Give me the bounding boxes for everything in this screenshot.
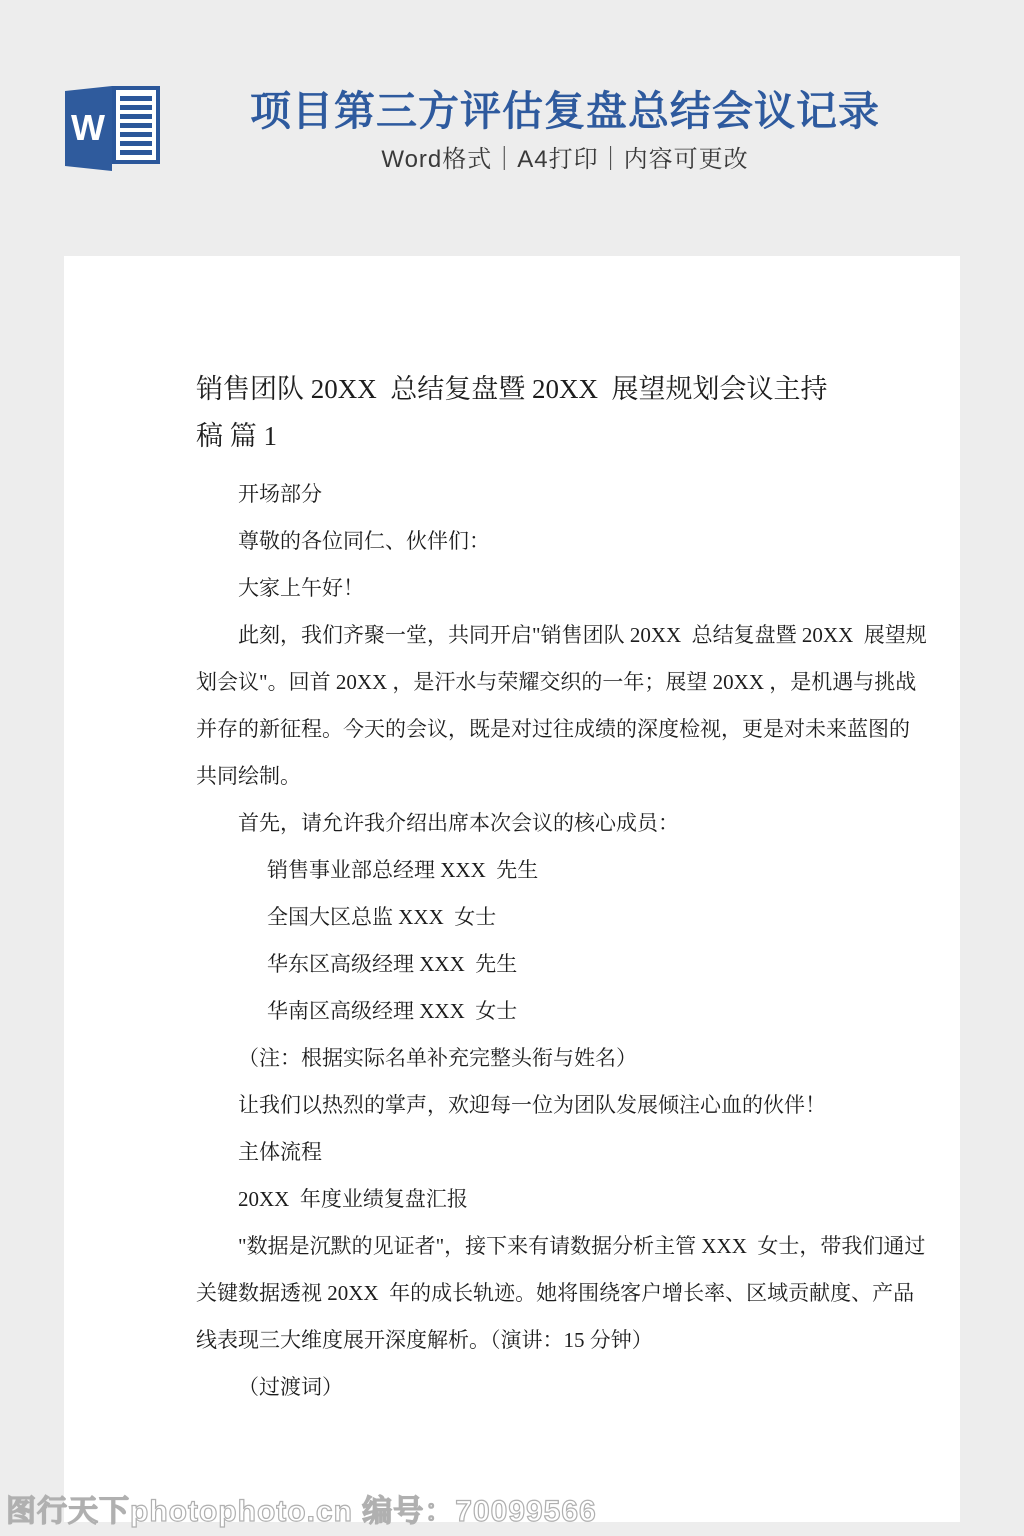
template-preview: W 项目第三方评估复盘总结会议记录 Word格式｜A4打印｜内容可更改 销售团队… [0,0,1024,1536]
document-page: 销售团队 20XX 总结复盘暨 20XX 展望规划会议主持稿 篇 1 开场部分尊… [64,256,960,1522]
doc-line: 让我们以热烈的掌声，欢迎每一位为团队发展倾注心血的伙伴！ [196,1082,900,1129]
doc-line: 首先，请允许我介绍出席本次会议的核心成员： [196,800,900,847]
doc-line: 共同绘制。 [196,753,900,800]
document-title-block: 销售团队 20XX 总结复盘暨 20XX 展望规划会议主持稿 篇 1 [196,366,900,460]
doc-title-line: 销售团队 20XX 总结复盘暨 20XX 展望规划会议主持 [196,366,900,413]
doc-line: 全国大区总监 XXX 女士 [196,894,900,941]
doc-line: 此刻，我们齐聚一堂，共同开启"销售团队 20XX 总结复盘暨 20XX 展望规 [196,612,900,659]
doc-line: （注：根据实际名单补充完整头衔与姓名） [196,1035,900,1082]
doc-line: 20XX 年度业绩复盘汇报 [196,1176,900,1223]
watermark-text: 图行天下photophoto.cn 编号：70099566 [6,1486,597,1530]
doc-line: 开场部分 [196,471,900,518]
doc-line: "数据是沉默的见证者"，接下来有请数据分析主管 XXX 女士，带我们通过 [196,1223,900,1270]
doc-line: 华南区高级经理 XXX 女士 [196,988,900,1035]
document-body-block: 开场部分尊敬的各位同仁、伙伴们：大家上午好！此刻，我们齐聚一堂，共同开启"销售团… [196,471,900,1411]
doc-line: 线表现三大维度展开深度解析。（演讲：15 分钟） [196,1317,900,1364]
doc-line: 划会议"。回首 20XX ，是汗水与荣耀交织的一年；展望 20XX ，是机遇与挑… [196,659,900,706]
header-text-block: 项目第三方评估复盘总结会议记录 Word格式｜A4打印｜内容可更改 [110,86,1020,174]
doc-line: 关键数据透视 20XX 年的成长轨迹。她将围绕客户增长率、区域贡献度、产品 [196,1270,900,1317]
page-subtitle: Word格式｜A4打印｜内容可更改 [110,146,1020,174]
page-title: 项目第三方评估复盘总结会议记录 [110,86,1020,136]
doc-line: （过渡词） [196,1364,900,1411]
doc-line: 并存的新征程。今天的会议，既是对过往成绩的深度检视，更是对未来蓝图的 [196,706,900,753]
doc-line: 销售事业部总经理 XXX 先生 [196,847,900,894]
doc-line: 主体流程 [196,1129,900,1176]
doc-title-line: 稿 篇 1 [196,413,900,460]
doc-line: 大家上午好！ [196,565,900,612]
word-icon-letter: W [71,107,105,148]
doc-line: 尊敬的各位同仁、伙伴们： [196,518,900,565]
doc-line: 华东区高级经理 XXX 先生 [196,941,900,988]
